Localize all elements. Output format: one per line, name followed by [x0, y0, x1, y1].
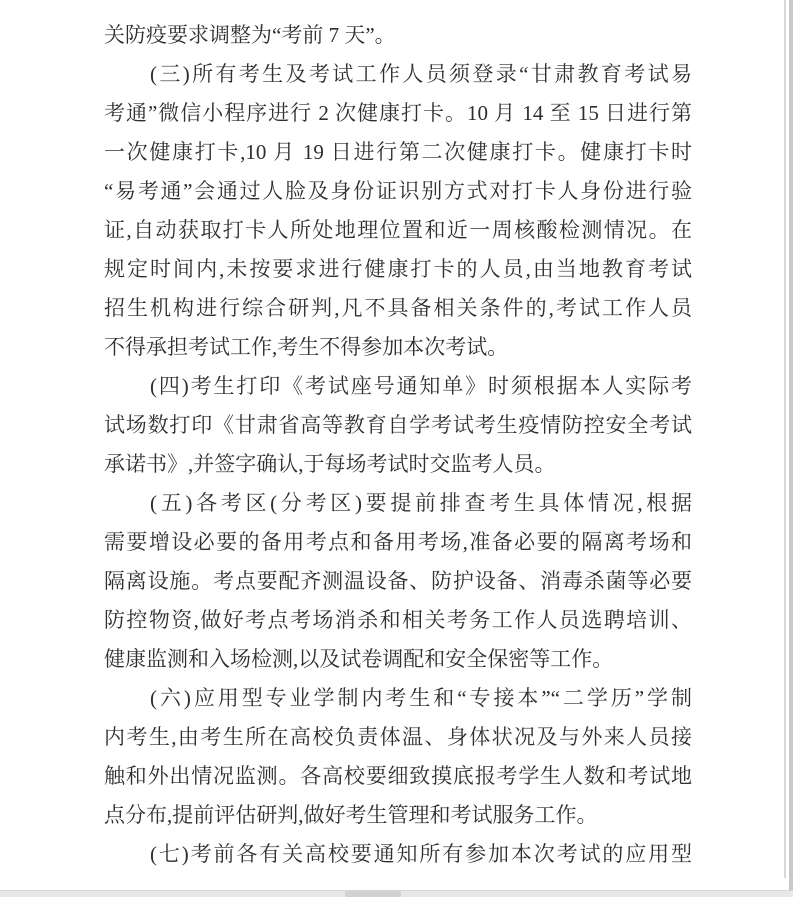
document-line: 关防疫要求调整为“考前 7 天”。: [104, 16, 692, 55]
document-line: “易考通”会通过人脸及身份证识别方式对打卡人身份进行验: [104, 172, 692, 211]
document-line: 不得承担考试工作,考生不得参加本次考试。: [104, 328, 692, 367]
document-line: 内考生,由考生所在高校负责体温、身体状况及与外来人员接: [104, 718, 692, 757]
document-line: 证,自动获取打卡人所处地理位置和近一周核酸检测情况。在: [104, 211, 692, 250]
horizontal-scrollbar-thumb[interactable]: [345, 891, 401, 897]
document-line: 需要增设必要的备用考点和备用考场,准备必要的隔离考场和: [104, 523, 692, 562]
document-line: (六)应用型专业学制内考生和“专接本”“二学历”学制: [104, 679, 692, 718]
document-line: (三)所有考生及考试工作人员须登录“甘肃教育考试易: [104, 55, 692, 94]
document-line: 触和外出情况监测。各高校要细致摸底报考学生人数和考试地: [104, 757, 692, 796]
document-line: 隔离设施。考点要配齐测温设备、防护设备、消毒杀菌等必要: [104, 562, 692, 601]
document-line: 考通”微信小程序进行 2 次健康打卡。10 月 14 至 15 日进行第: [104, 94, 692, 133]
document-line: 健康监测和入场检测,以及试卷调配和安全保密等工作。: [104, 640, 692, 679]
document-line: 招生机构进行综合研判,凡不具备相关条件的,考试工作人员: [104, 289, 692, 328]
document-line: 规定时间内,未按要求进行健康打卡的人员,由当地教育考试: [104, 250, 692, 289]
document-line: (七)考前各有关高校要通知所有参加本次考试的应用型: [104, 835, 692, 874]
document-line: 一次健康打卡,10 月 19 日进行第二次健康打卡。健康打卡时: [104, 133, 692, 172]
document-line: 防控物资,做好考点考场消杀和相关考务工作人员选聘培训、: [104, 601, 692, 640]
document-line: 点分布,提前评估研判,做好考生管理和考试服务工作。: [104, 796, 692, 835]
horizontal-scrollbar-track[interactable]: [0, 890, 793, 897]
document-line: 试场数打印《甘肃省高等教育自学考试考生疫情防控安全考试: [104, 406, 692, 445]
right-edge-band: [789, 0, 793, 890]
document-line: (五)各考区(分考区)要提前排查考生具体情况,根据: [104, 484, 692, 523]
document-text-block: 关防疫要求调整为“考前 7 天”。(三)所有考生及考试工作人员须登录“甘肃教育考…: [104, 16, 692, 874]
page-edge-line: [784, 0, 786, 878]
document-line: (四)考生打印《考试座号通知单》时须根据本人实际考: [104, 367, 692, 406]
document-page: 关防疫要求调整为“考前 7 天”。(三)所有考生及考试工作人员须登录“甘肃教育考…: [0, 0, 793, 890]
document-line: 承诺书》,并签字确认,于每场考试时交监考人员。: [104, 445, 692, 484]
